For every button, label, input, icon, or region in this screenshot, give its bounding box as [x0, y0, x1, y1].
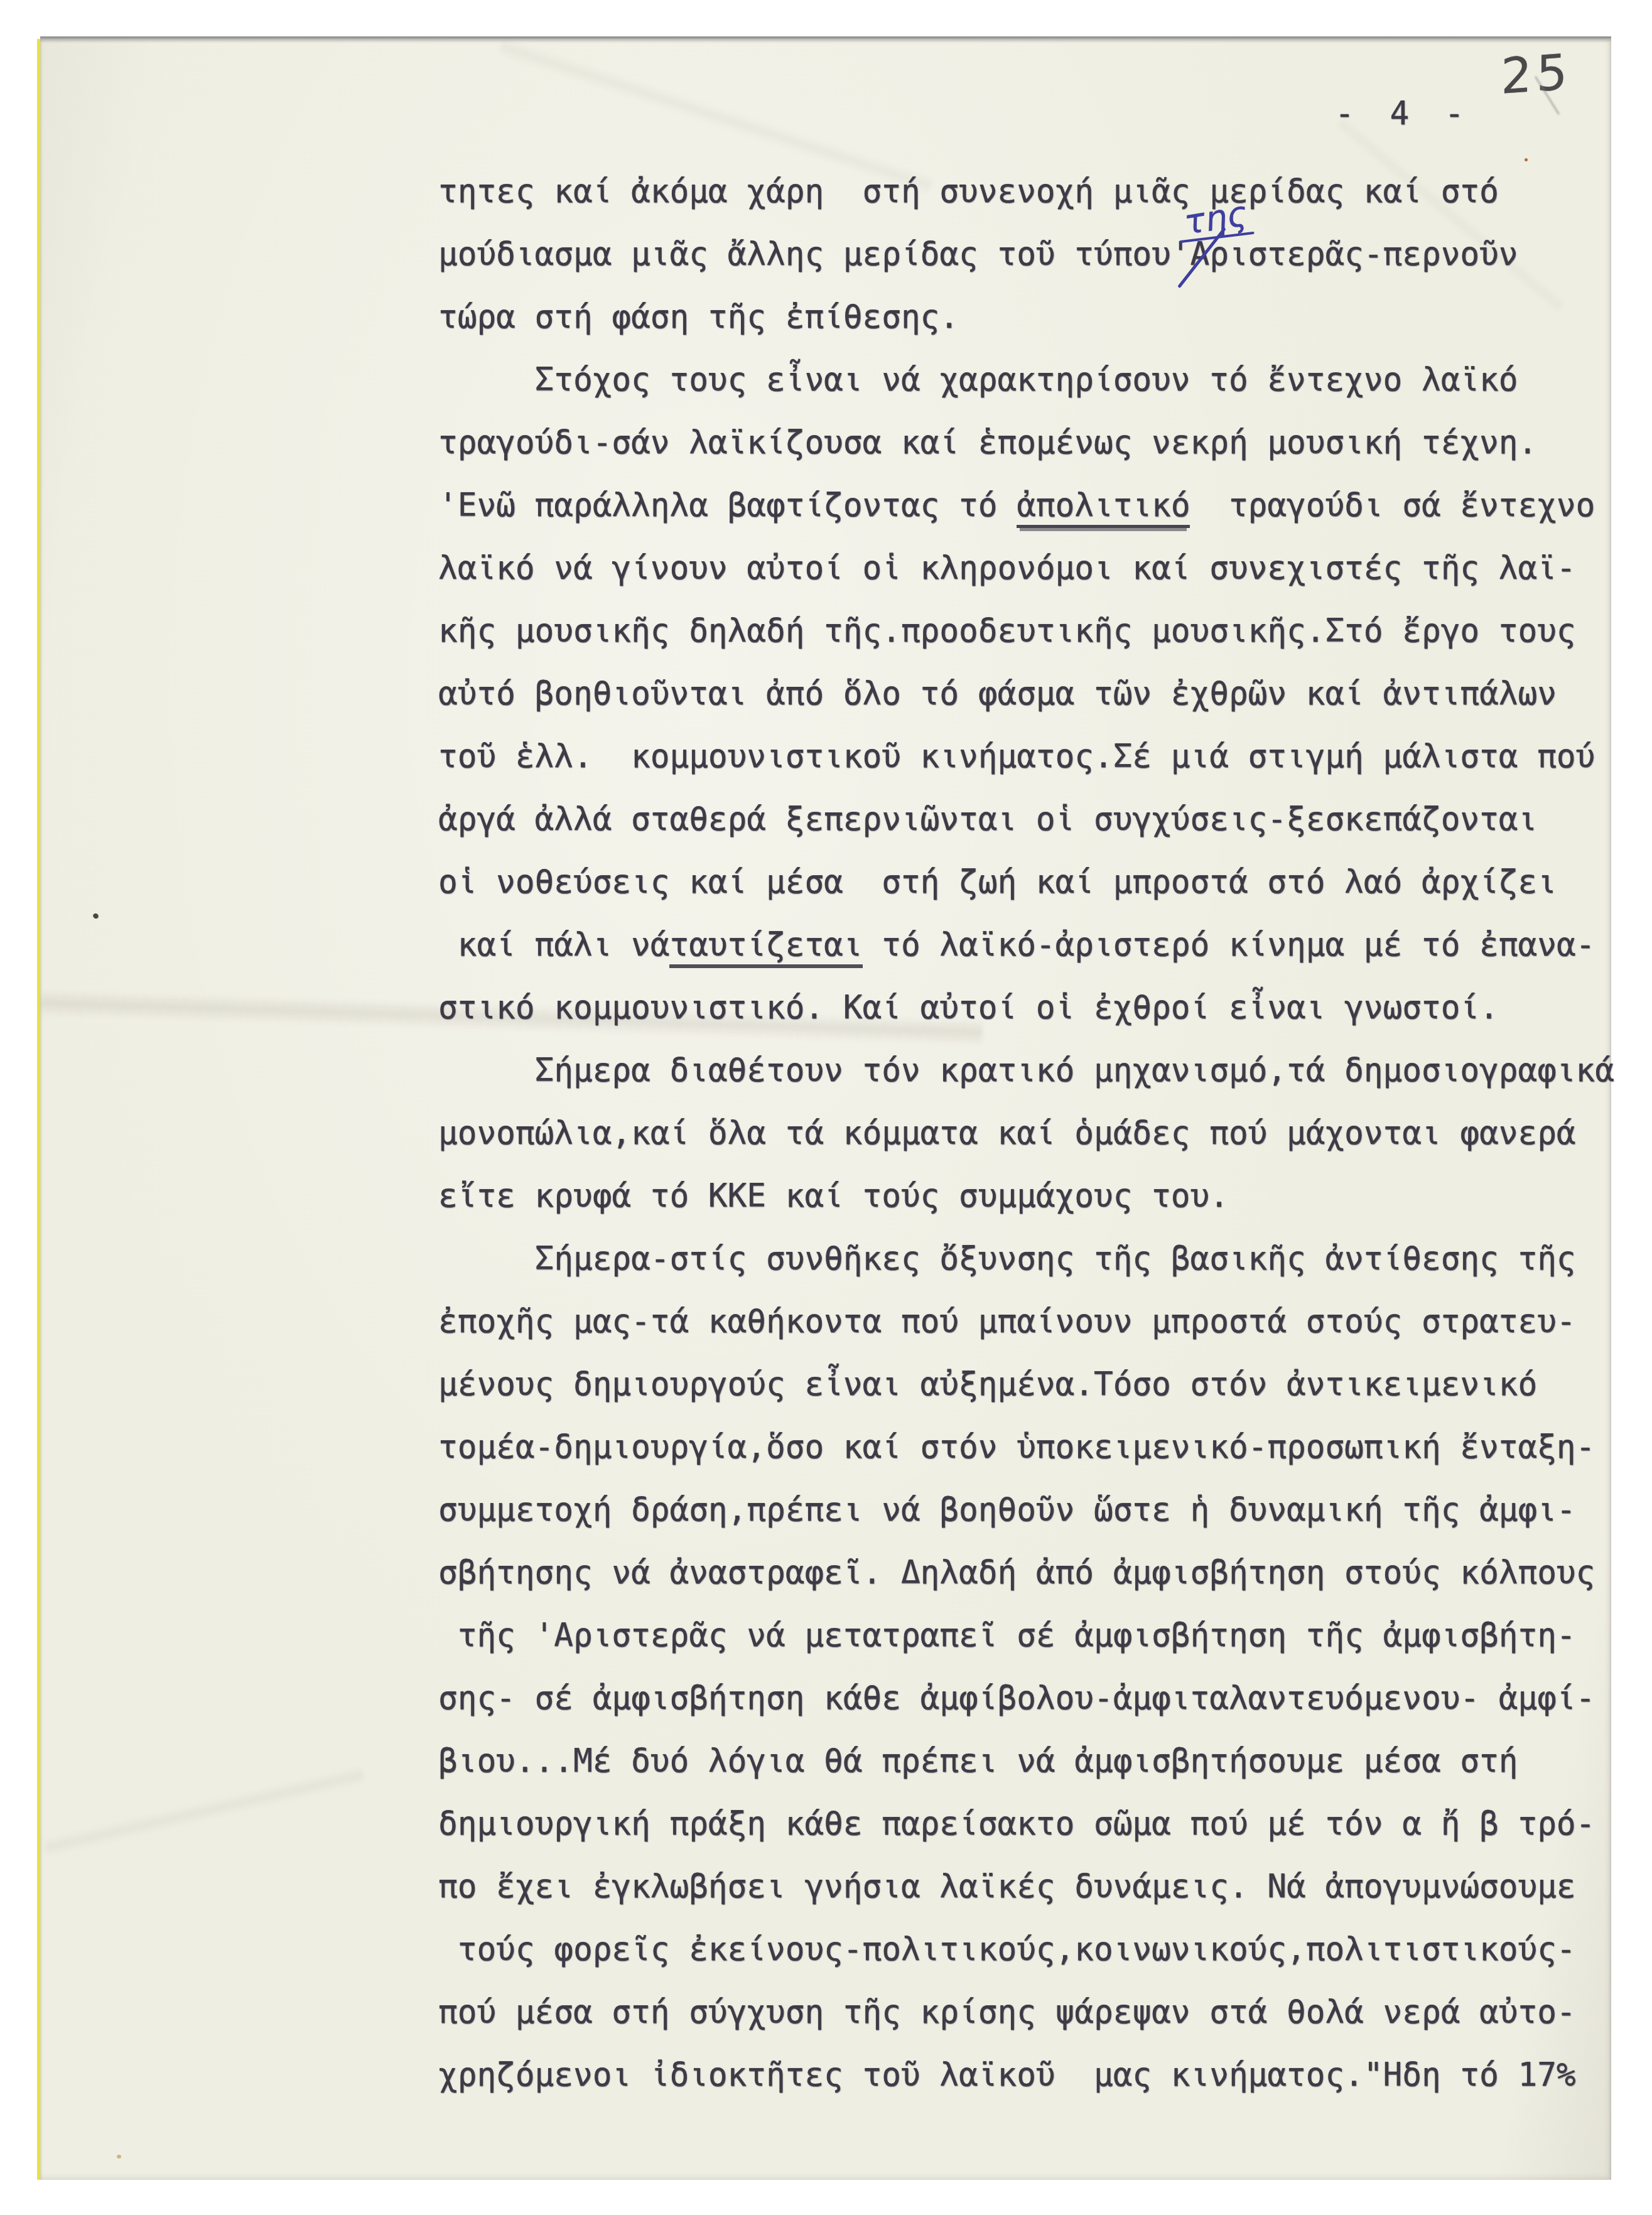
typed-line: μούδιασμα μιᾶς ἄλλης μερίδας τοῦ τύπου'Α…	[438, 224, 1614, 286]
typed-line: τοῦ ἑλλ. κομμουνιστικοῦ κινήματος.Σέ μιά…	[438, 726, 1614, 789]
typed-segment: σης- σέ ἀμφισβήτηση κάθε ἀμφίβολου-ἀμφιτ…	[438, 1680, 1595, 1717]
typed-line: μονοπώλια,καί ὅλα τά κόμματα καί ὁμάδες …	[438, 1102, 1614, 1165]
paper-speck	[117, 2155, 121, 2158]
typed-segment: τό λαϊκό-ἀριστερό κίνημα μέ τό ἐπανα-	[863, 927, 1595, 964]
typed-segment: Στόχος τους εἶναι νά χαρακτηρίσουν τό ἔν…	[438, 362, 1518, 399]
underlined-word: ἀπολιτικό	[1017, 487, 1190, 528]
typed-segment: τητες καί ἀκόμα χάρη στή συνενοχή μιᾶς μ…	[438, 173, 1499, 210]
typed-line: Σήμερα διαθέτουν τόν κρατικό μηχανισμό,τ…	[438, 1040, 1614, 1102]
typed-segment: 'Ενῶ παράλληλα βαφτίζοντας τό	[438, 487, 1017, 524]
typed-segment: μένους δημιουργούς εἶναι αὐξημένα.Τόσο σ…	[438, 1366, 1537, 1403]
typed-line: ἀργά ἀλλά σταθερά ξεπερνιῶνται οἱ συγχύσ…	[438, 789, 1614, 851]
typed-line: πο ἔχει ἐγκλωβήσει γνήσια λαϊκές δυνάμει…	[438, 1856, 1614, 1919]
typed-line: κῆς μουσικῆς δηλαδή τῆς.προοδευτικῆς μου…	[438, 600, 1614, 663]
scanned-page: { "page": { "paper_color": "#efeee2", "s…	[0, 0, 1652, 2215]
typed-text: τητες καί ἀκόμα χάρη στή συνενοχή μιᾶς μ…	[438, 161, 1614, 2107]
typed-segment: εἴτε κρυφά τό ΚΚΕ καί τούς συμμάχους του…	[438, 1178, 1229, 1215]
typed-line: τούς φορεῖς ἐκείνους-πολιτικούς,κοινωνικ…	[438, 1919, 1614, 1981]
typed-segment: τοῦ ἑλλ. κομμουνιστικοῦ κινήματος.Σέ μιά…	[438, 738, 1595, 775]
typed-line: πού μέσα στή σύγχυση τῆς κρίσης ψάρεψαν …	[438, 1981, 1614, 2044]
typed-segment: λαϊκό νά γίνουν αὐτοί οἱ κληρονόμοι καί …	[438, 550, 1576, 587]
typed-segment: τούς φορεῖς ἐκείνους-πολιτικούς,κοινωνικ…	[438, 1931, 1576, 1968]
typed-segment: συμμετοχή δράση,πρέπει νά βοηθοῦν ὥστε ἡ…	[438, 1492, 1576, 1529]
typed-line: συμμετοχή δράση,πρέπει νά βοηθοῦν ὥστε ἡ…	[438, 1479, 1614, 1542]
underlined-word: ταυτίζεται	[669, 927, 862, 968]
handwritten-sheet-number: 25	[1501, 48, 1572, 102]
typed-line: σης- σέ ἀμφισβήτηση κάθε ἀμφίβολου-ἀμφιτ…	[438, 1668, 1614, 1730]
typed-line: εἴτε κρυφά τό ΚΚΕ καί τούς συμμάχους του…	[438, 1165, 1614, 1228]
typed-line: σβήτησης νά ἀναστραφεῖ. Δηλαδή ἀπό ἀμφισ…	[438, 1542, 1614, 1605]
typed-line: τραγούδι-σάν λαϊκίζουσα καί ἑπομένως νεκ…	[438, 412, 1614, 475]
typed-line: αὐτό βοηθιοῦνται ἀπό ὅλο τό φάσμα τῶν ἐχ…	[438, 663, 1614, 726]
typed-segment: ἐποχῆς μας-τά καθήκοντα πού μπαίνουν μπρ…	[438, 1303, 1576, 1340]
typed-segment: τῆς 'Αριστερᾶς νά μετατραπεῖ σέ ἀμφισβήτ…	[438, 1617, 1576, 1654]
typed-segment: καί πάλι νά	[438, 927, 669, 964]
typed-segment: τραγούδι σά ἔντεχνο	[1190, 487, 1595, 524]
typed-line: λαϊκό νά γίνουν αὐτοί οἱ κληρονόμοι καί …	[438, 537, 1614, 600]
typed-line: Σήμερα-στίς συνθῆκες ὄξυνσης τῆς βασικῆς…	[438, 1228, 1614, 1291]
typed-segment: μούδιασμα μιᾶς ἄλλης μερίδας τοῦ τύπου'Α…	[438, 236, 1518, 273]
typed-segment: οἱ νοθεύσεις καί μέσα στή ζωή καί μπροστ…	[438, 864, 1557, 901]
typed-line: τητες καί ἀκόμα χάρη στή συνενοχή μιᾶς μ…	[438, 161, 1614, 224]
typed-line: τώρα στή φάση τῆς ἐπίθεσης.	[438, 286, 1614, 349]
typed-segment: αὐτό βοηθιοῦνται ἀπό ὅλο τό φάσμα τῶν ἐχ…	[438, 676, 1557, 713]
typed-segment: δημιουργική πράξη κάθε παρείσακτο σῶμα π…	[438, 1806, 1595, 1843]
typed-segment: στικό κομμουνιστικό. Καί αὐτοί οἱ ἐχθροί…	[438, 989, 1499, 1027]
typed-line: τῆς 'Αριστερᾶς νά μετατραπεῖ σέ ἀμφισβήτ…	[438, 1605, 1614, 1668]
typed-segment: τώρα στή φάση τῆς ἐπίθεσης.	[438, 299, 959, 336]
typed-line: μένους δημιουργούς εἶναι αὐξημένα.Τόσο σ…	[438, 1354, 1614, 1416]
typed-segment: τραγούδι-σάν λαϊκίζουσα καί ἑπομένως νεκ…	[438, 424, 1537, 461]
typed-segment: Σήμερα-στίς συνθῆκες ὄξυνσης τῆς βασικῆς…	[438, 1241, 1576, 1278]
typed-segment: μονοπώλια,καί ὅλα τά κόμματα καί ὁμάδες …	[438, 1115, 1576, 1152]
typed-segment: πού μέσα στή σύγχυση τῆς κρίσης ψάρεψαν …	[438, 1994, 1576, 2031]
typed-segment: βιου...Μέ δυό λόγια θά πρέπει νά ἀμφισβη…	[438, 1743, 1518, 1780]
typed-segment: τομέα-δημιουργία,ὅσο καί στόν ὑποκειμενι…	[438, 1429, 1595, 1466]
typed-segment: Σήμερα διαθέτουν τόν κρατικό μηχανισμό,τ…	[438, 1052, 1614, 1089]
typed-line: χρηζόμενοι ἰδιοκτῆτες τοῦ λαϊκοῦ μας κιν…	[438, 2044, 1614, 2107]
typed-line: ἐποχῆς μας-τά καθήκοντα πού μπαίνουν μπρ…	[438, 1291, 1614, 1354]
typed-page-number: - 4 -	[1335, 98, 1472, 130]
typed-line: δημιουργική πράξη κάθε παρείσακτο σῶμα π…	[438, 1793, 1614, 1856]
typed-segment: χρηζόμενοι ἰδιοκτῆτες τοῦ λαϊκοῦ μας κιν…	[438, 2057, 1576, 2094]
typed-segment: σβήτησης νά ἀναστραφεῖ. Δηλαδή ἀπό ἀμφισ…	[438, 1555, 1595, 1592]
typed-line: καί πάλι νάταυτίζεται τό λαϊκό-ἀριστερό …	[438, 914, 1614, 977]
typed-line: Στόχος τους εἶναι νά χαρακτηρίσουν τό ἔν…	[438, 349, 1614, 412]
typed-line: οἱ νοθεύσεις καί μέσα στή ζωή καί μπροστ…	[438, 851, 1614, 914]
typed-line: 'Ενῶ παράλληλα βαφτίζοντας τό ἀπολιτικό …	[438, 475, 1614, 537]
typed-line: στικό κομμουνιστικό. Καί αὐτοί οἱ ἐχθροί…	[438, 977, 1614, 1040]
typed-line: τομέα-δημιουργία,ὅσο καί στόν ὑποκειμενι…	[438, 1416, 1614, 1479]
typed-segment: ἀργά ἀλλά σταθερά ξεπερνιῶνται οἱ συγχύσ…	[438, 801, 1537, 838]
typed-segment: κῆς μουσικῆς δηλαδή τῆς.προοδευτικῆς μου…	[438, 613, 1576, 650]
typed-line: βιου...Μέ δυό λόγια θά πρέπει νά ἀμφισβη…	[438, 1730, 1614, 1793]
typed-segment: πο ἔχει ἐγκλωβήσει γνήσια λαϊκές δυνάμει…	[438, 1868, 1576, 1905]
